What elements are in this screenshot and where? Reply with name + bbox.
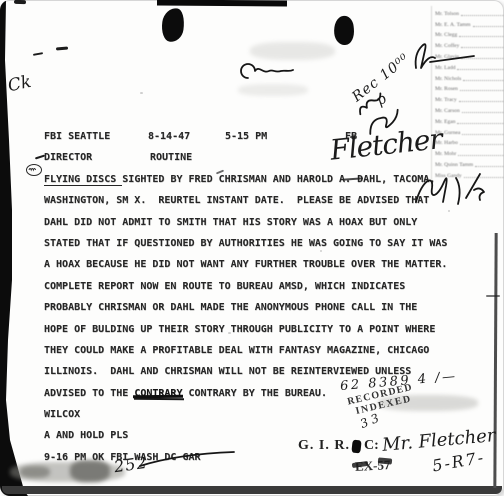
body-text: SIGHTED BY FRED CHRISMAN AND HAROLD A. D… bbox=[122, 174, 435, 185]
scan-bottom-edge bbox=[2, 486, 502, 494]
body-line: A HOAX BECAUSE HE DID NOT WANT ANY FURTH… bbox=[44, 254, 464, 275]
body-text: CONTRARY BY THE BUREAU. bbox=[182, 388, 327, 399]
illegible-initials-scribble bbox=[240, 56, 300, 86]
struck-out-word: CONTRARY bbox=[134, 388, 182, 399]
routing-row: Mr. Egan bbox=[435, 114, 504, 125]
teletype-text: FBI SEATTLE 8-14-47 5-15 PM FB DIRECTOR … bbox=[44, 126, 464, 468]
routing-row: Mr. Rosen bbox=[435, 82, 504, 93]
body-line: FLYING DISCS SIGHTED BY FRED CHRISMAN AN… bbox=[44, 169, 464, 190]
date: 8-14-47 bbox=[148, 126, 190, 147]
page-fold-line bbox=[493, 233, 497, 488]
paper-speck bbox=[140, 92, 143, 94]
body-line: HOPE OF BULDING UP THEIR STORY THROUGH P… bbox=[44, 319, 464, 340]
circled-mark-icon bbox=[26, 164, 42, 176]
precedence: ROUTINE bbox=[150, 147, 192, 168]
routing-row: Mr. Tolson bbox=[435, 6, 504, 17]
routing-row: Mr. Tracy bbox=[435, 92, 504, 103]
smudged-stamp-dark bbox=[70, 460, 110, 482]
routing-row: Mr. E. A. Tamm bbox=[435, 17, 504, 28]
gir-stamp: G. I. R. bbox=[298, 438, 350, 454]
body-line: COMPLETE REPORT NOW EN ROUTE TO BUREAU A… bbox=[44, 276, 464, 297]
margin-scribble bbox=[408, 168, 500, 212]
originating-office: FBI SEATTLE bbox=[44, 126, 110, 147]
ink-blot bbox=[351, 440, 361, 454]
ink-blob bbox=[160, 7, 187, 44]
stamp-overstrike bbox=[378, 457, 392, 464]
body-text: ADVISED TO THE bbox=[44, 388, 134, 399]
body-line: DAHL DID NOT ADMIT TO SMITH THAT HIS STO… bbox=[44, 212, 464, 233]
routing-row: Mr. Carson bbox=[435, 103, 504, 114]
edge-dash-mark bbox=[486, 295, 500, 297]
body-line: PROBABLY CHRISMAN OR DAHL MADE THE ANONY… bbox=[44, 297, 464, 318]
subject-underlined: FLYING DISCS bbox=[44, 174, 122, 186]
body-line: STATED THAT IF QUESTIONED BY AUTHORITIES… bbox=[44, 233, 464, 254]
scan-top-left-mark bbox=[14, 0, 26, 4]
gir-suffix: C: bbox=[364, 438, 379, 454]
smudged-stamp bbox=[20, 466, 50, 478]
illegible-scribble bbox=[404, 34, 476, 76]
scanned-teletype-document: Mr. TolsonMr. E. A. TammMr. CleggMr. Cof… bbox=[0, 0, 504, 496]
ink-blob bbox=[333, 15, 356, 46]
body-line: THEY COULD MAKE A PROFITABLE DEAL WITH F… bbox=[44, 340, 464, 361]
time: 5-15 PM bbox=[225, 126, 267, 147]
body-line: WASHINGTON, SM X. REURTEL INSTANT DATE. … bbox=[44, 190, 464, 211]
pen-flourish bbox=[138, 450, 238, 470]
pen-dash bbox=[33, 52, 43, 56]
scan-top-edge bbox=[157, 0, 287, 6]
recipient: DIRECTOR bbox=[44, 147, 92, 168]
pen-dash bbox=[56, 46, 68, 50]
